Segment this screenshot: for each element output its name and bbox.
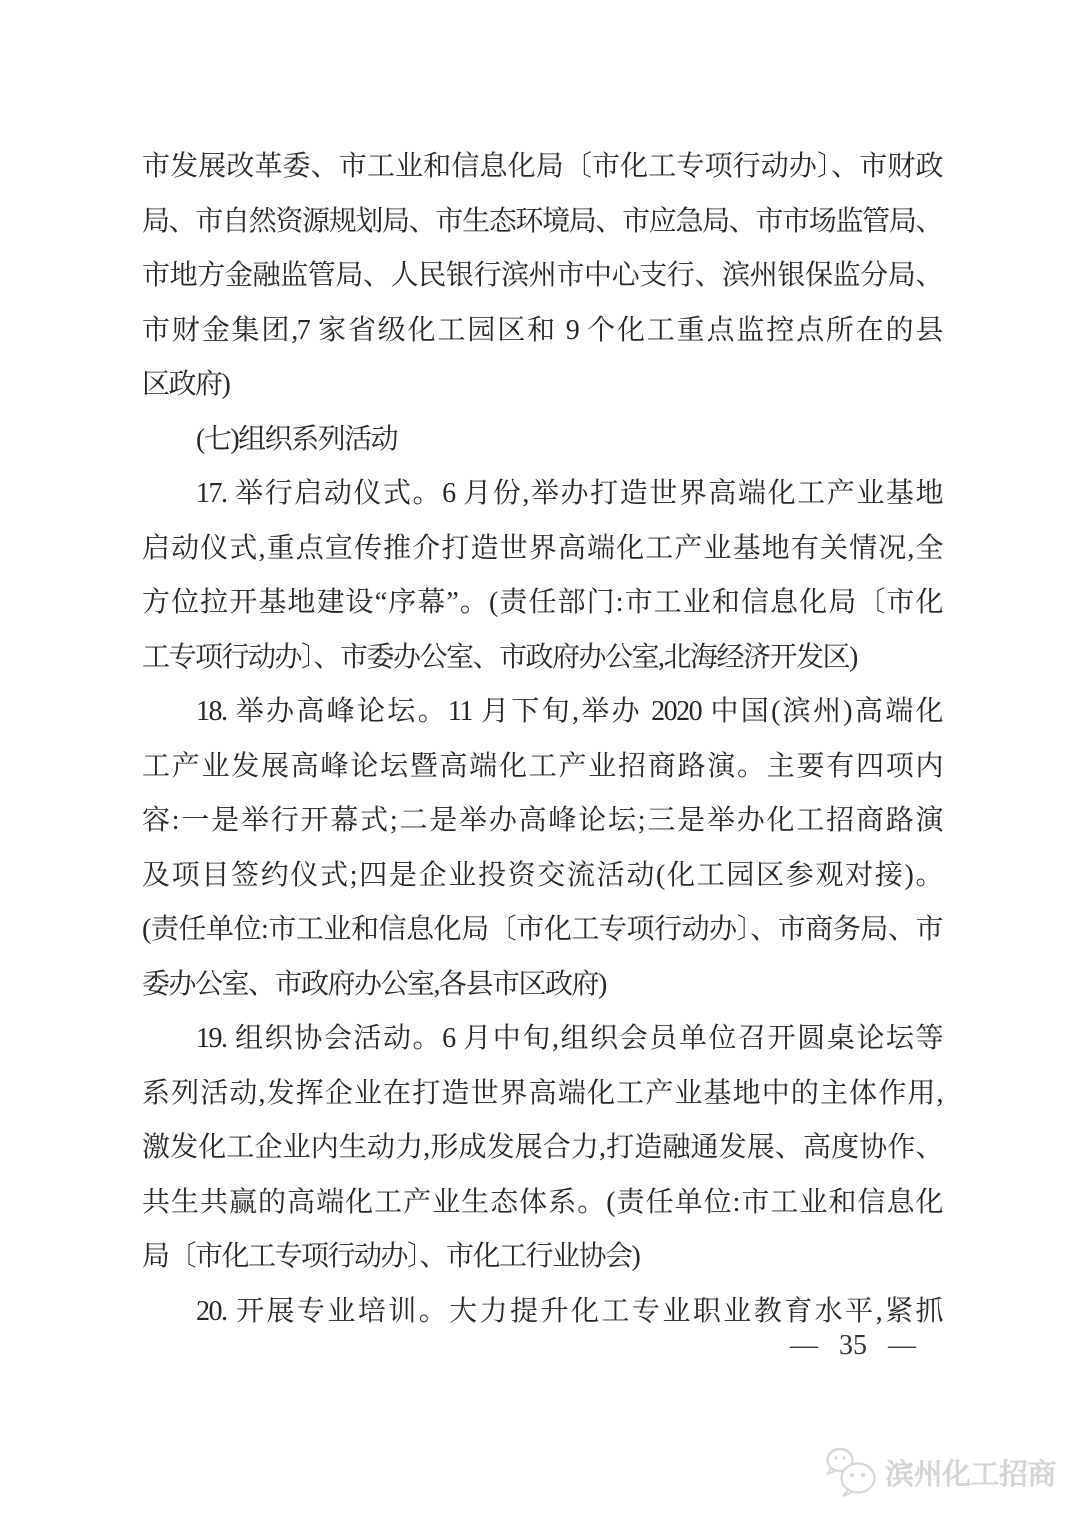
paragraph-17-line: 启动仪式,重点宣传推介打造世界高端化工产业基地有关情况,全 [142,522,942,577]
responsibility-continuation-line: 市发展改革委、市工业和信息化局〔市化工专项行动办〕、市财政 [142,140,942,195]
paragraph-19-line: 19. 组织协会活动。6 月中旬,组织会员单位召开圆桌论坛等 [142,1012,942,1067]
paragraph-18-line: 及项目签约仪式;四是企业投资交流活动(化工园区参观对接)。 [142,849,942,904]
section-heading: (七)组织系列活动 [142,413,942,468]
document-page: 市发展改革委、市工业和信息化局〔市化工专项行动办〕、市财政局、市自然资源规划局、… [0,0,1080,1527]
wechat-logo-icon [824,1446,878,1498]
paragraph-19-line: 激发化工企业内生动力,形成发展合力,打造融通发展、高度协作、 [142,1121,942,1176]
responsibility-continuation-line: 局、市自然资源规划局、市生态环境局、市应急局、市市场监管局、 [142,195,942,250]
paragraph-18-line: 委办公室、市政府办公室,各县市区政府) [142,958,942,1013]
paragraph-17-line: 17. 举行启动仪式。6 月份,举办打造世界高端化工产业基地 [142,467,942,522]
paragraph-18-line: 容:一是举行开幕式;二是举办高峰论坛;三是举办化工招商路演 [142,794,942,849]
paragraph-19-line: 系列活动,发挥企业在打造世界高端化工产业基地中的主体作用, [142,1067,942,1122]
page-number-text: — 35 — [790,1330,916,1361]
paragraph-18-line: (责任单位:市工业和信息化局〔市化工专项行动办〕、市商务局、市 [142,903,942,958]
paragraph-19-line: 局〔市化工专项行动办〕、市化工行业协会) [142,1230,942,1285]
page-number: — 35 — [142,1330,942,1362]
paragraph-17-line: 工专项行动办〕、市委办公室、市政府办公室,北海经济开发区) [142,631,942,686]
paragraph-18-line: 18. 举办高峰论坛。11 月下旬,举办 2020 中国(滨州)高端化 [142,685,942,740]
paragraph-18-line: 工产业发展高峰论坛暨高端化工产业招商路演。主要有四项内 [142,740,942,795]
body-text: 市发展改革委、市工业和信息化局〔市化工专项行动办〕、市财政局、市自然资源规划局、… [142,140,942,1339]
responsibility-continuation-line: 区政府) [142,358,942,413]
watermark: 滨州化工招商 [824,1446,1056,1498]
responsibility-continuation-line: 市地方金融监管局、人民银行滨州市中心支行、滨州银保监分局、 [142,249,942,304]
watermark-text: 滨州化工招商 [885,1452,1056,1493]
paragraph-19-line: 共生共赢的高端化工产业生态体系。(责任单位:市工业和信息化 [142,1176,942,1231]
paragraph-17-line: 方位拉开基地建设“序幕”。(责任部门:市工业和信息化局〔市化 [142,576,942,631]
responsibility-continuation-line: 市财金集团,7 家省级化工园区和 9 个化工重点监控点所在的县 [142,304,942,359]
